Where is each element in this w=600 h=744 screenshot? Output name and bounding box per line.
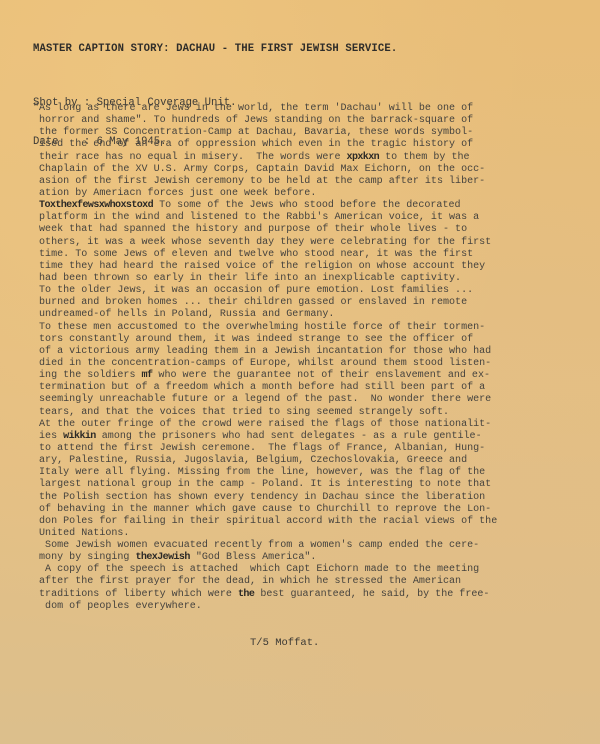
text-line: don Poles for failing in their spiritual… (33, 516, 589, 528)
text-segment: of a victorious army leading them in a J… (33, 346, 491, 357)
struck-out-text: thexJewish (136, 552, 190, 563)
text-segment: their race has no equal in misery. The w… (33, 152, 347, 163)
text-segment: to them by the (379, 152, 469, 163)
struck-out-text: mf (142, 370, 153, 381)
text-segment: Chaplain of the XV U.S. Army Corps, Capt… (33, 164, 485, 175)
text-line: tors constantly around them, it was inde… (33, 334, 589, 346)
text-line: of behaving in the manner which gave cau… (33, 504, 589, 516)
text-segment: termination but of a freedom which a mon… (33, 382, 485, 393)
text-line: termination but of a freedom which a mon… (33, 382, 589, 394)
text-segment: best guaranteed, he said, by the free- (254, 589, 489, 600)
text-segment: ised the end of an era of oppression whi… (33, 139, 473, 150)
struck-out-text: xpxkxn (347, 152, 380, 163)
text-segment: seemingly unreachable future or a legend… (33, 394, 491, 405)
text-line: week that had spanned the history and pu… (33, 224, 589, 236)
text-line: the Polish section has shown every tende… (33, 492, 589, 504)
text-line: Italy were all flying. Missing from the … (33, 467, 589, 479)
text-line: horror and shame". To hundreds of Jews s… (33, 115, 589, 127)
text-segment: Some Jewish women evacuated recently fro… (33, 540, 479, 551)
text-line: Chaplain of the XV U.S. Army Corps, Capt… (33, 164, 589, 176)
text-segment: mony by singing (33, 552, 136, 563)
text-segment: among the prisoners who had sent delegat… (96, 431, 482, 442)
text-segment: To these men accustomed to the overwhelm… (33, 322, 485, 333)
text-line: the former SS Concentration-Camp at Dach… (33, 127, 589, 139)
text-segment: Italy were all flying. Missing from the … (33, 467, 485, 478)
text-segment: "God Bless America". (190, 552, 317, 563)
text-segment: the Polish section has shown every tende… (33, 492, 485, 503)
text-segment: platform in the wind and listened to the… (33, 212, 479, 223)
text-line: undreamed-of hells in Poland, Russia and… (33, 309, 589, 321)
text-segment: after the first prayer for the dead, in … (33, 576, 461, 587)
text-line: after the first prayer for the dead, in … (33, 576, 589, 588)
text-segment: undreamed-of hells in Poland, Russia and… (33, 309, 334, 320)
text-segment: To the older Jews, it was an occasion of… (33, 285, 473, 296)
text-segment: United Nations. (33, 528, 129, 539)
text-line: of a victorious army leading them in a J… (33, 346, 589, 358)
text-segment: of behaving in the manner which gave cau… (33, 504, 491, 515)
text-line: ised the end of an era of oppression whi… (33, 139, 589, 151)
text-segment: tors constantly around them, it was inde… (33, 334, 473, 345)
text-segment: To some of the Jews who stood before the… (153, 200, 461, 211)
text-line: to attend the first Jewish ceremone. The… (33, 443, 589, 455)
text-line: ing the soldiers mf who were the guarant… (33, 370, 589, 382)
text-segment: who were the guarantee not of their ensl… (152, 370, 490, 381)
text-line: seemingly unreachable future or a legend… (33, 394, 589, 406)
text-segment: dom of peoples everywhere. (33, 601, 202, 612)
caption-story-body: "As long as there are Jews in the world,… (33, 103, 589, 613)
text-line: Some Jewish women evacuated recently fro… (33, 540, 589, 552)
text-line: others, it was a week whose seventh day … (33, 237, 589, 249)
text-segment: traditions of liberty which were (33, 589, 238, 600)
text-line: tears, and that the voices that tried to… (33, 407, 589, 419)
text-line: mony by singing thexJewish "God Bless Am… (33, 552, 589, 564)
text-segment: had been thrown so early in their life i… (33, 273, 461, 284)
text-line: At the outer fringe of the crowd were ra… (33, 419, 589, 431)
text-line: died in the concentration-camps of Europ… (33, 358, 589, 370)
text-line: To these men accustomed to the overwhelm… (33, 322, 589, 334)
text-segment: week that had spanned the history and pu… (33, 224, 467, 235)
text-line: time they had heard the raised voice of … (33, 261, 589, 273)
text-line: traditions of liberty which were the bes… (33, 589, 589, 601)
text-segment: largest national group in the camp - Pol… (33, 479, 491, 490)
text-line: Toxthexfewsxwhoxstoxd To some of the Jew… (33, 200, 589, 212)
text-segment: ies (33, 431, 63, 442)
document-title: MASTER CAPTION STORY: DACHAU - THE FIRST… (33, 43, 397, 55)
signature: T/5 Moffat. (250, 637, 319, 649)
text-segment: ing the soldiers (33, 370, 142, 381)
text-segment: time. To some Jews of eleven and twelve … (33, 249, 473, 260)
text-line: ation by Ameriacn forces just one week b… (33, 188, 589, 200)
text-line: "As long as there are Jews in the world,… (33, 103, 589, 115)
text-line: burned and broken homes ... their childr… (33, 297, 589, 309)
text-segment: tears, and that the voices that tried to… (33, 407, 449, 418)
text-segment: the former SS Concentration-Camp at Dach… (33, 127, 473, 138)
text-line: A copy of the speech is attached which C… (33, 564, 589, 576)
text-segment: others, it was a week whose seventh day … (33, 237, 491, 248)
text-line: their race has no equal in misery. The w… (33, 152, 589, 164)
text-line: ary, Palestine, Russia, Jugoslavia, Belg… (33, 455, 589, 467)
struck-out-text: wikkin (63, 431, 96, 442)
text-segment: don Poles for failing in their spiritual… (33, 516, 497, 527)
text-segment: ation by Ameriacn forces just one week b… (33, 188, 316, 199)
typewritten-document: MASTER CAPTION STORY: DACHAU - THE FIRST… (0, 0, 600, 744)
text-segment: burned and broken homes ... their childr… (33, 297, 467, 308)
text-segment: horror and shame". To hundreds of Jews s… (33, 115, 473, 126)
text-segment: time they had heard the raised voice of … (33, 261, 485, 272)
text-segment: asion of the first Jewish ceremony to be… (33, 176, 485, 187)
text-line: asion of the first Jewish ceremony to be… (33, 176, 589, 188)
text-line: dom of peoples everywhere. (33, 601, 589, 613)
text-segment: "As long as there are Jews in the world,… (33, 103, 473, 114)
text-segment: At the outer fringe of the crowd were ra… (33, 419, 491, 430)
text-segment: to attend the first Jewish ceremone. The… (33, 443, 485, 454)
text-segment: died in the concentration-camps of Europ… (33, 358, 491, 369)
text-line: time. To some Jews of eleven and twelve … (33, 249, 589, 261)
struck-out-text: Toxthexfewsxwhoxstoxd (39, 200, 153, 211)
text-segment: ary, Palestine, Russia, Jugoslavia, Belg… (33, 455, 467, 466)
struck-out-text: the (238, 589, 254, 600)
text-line: had been thrown so early in their life i… (33, 273, 589, 285)
text-line: ies wikkin among the prisoners who had s… (33, 431, 589, 443)
text-line: United Nations. (33, 528, 589, 540)
text-line: To the older Jews, it was an occasion of… (33, 285, 589, 297)
text-line: largest national group in the camp - Pol… (33, 479, 589, 491)
text-segment: A copy of the speech is attached which C… (33, 564, 479, 575)
text-line: platform in the wind and listened to the… (33, 212, 589, 224)
